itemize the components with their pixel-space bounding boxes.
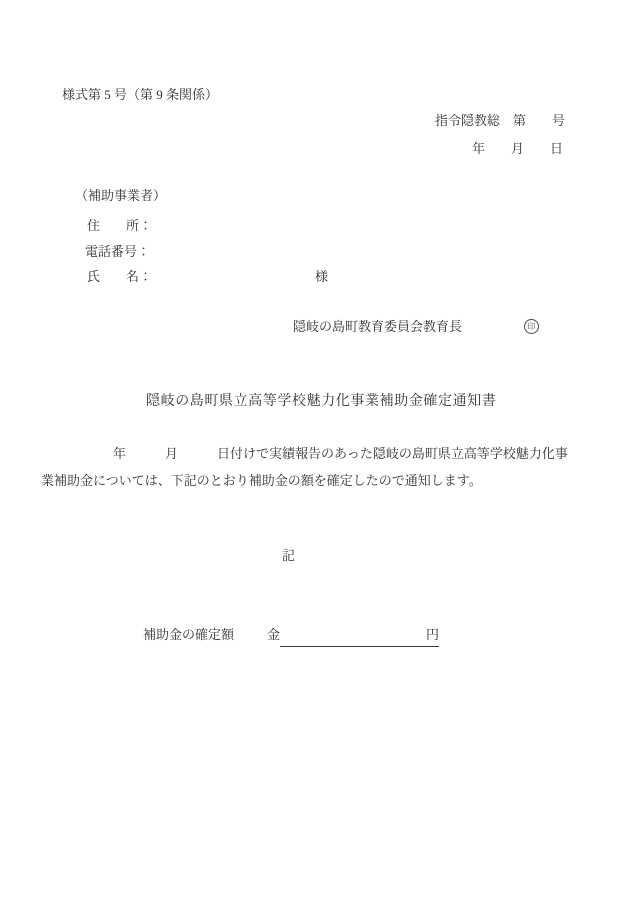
amount-currency-suffix: 円	[426, 627, 439, 642]
amount-underline: 円	[280, 627, 439, 647]
document-title: 隠岐の島町県立高等学校魅力化事業補助金確定通知書	[146, 393, 496, 411]
address-field-label: 住 所：	[87, 218, 152, 234]
addressee-group-label: （補助事業者）	[75, 188, 166, 204]
phone-field-label: 電話番号：	[85, 244, 150, 260]
record-marker: 記	[282, 548, 295, 564]
directive-number: 指令隠教総 第 号	[435, 113, 565, 129]
form-number: 様式第 5 号（第 9 条関係）	[62, 87, 218, 103]
amount-label: 補助金の確定額	[143, 627, 234, 642]
body-paragraph-line-1: 年 月 日付けで実績報告のあった隠岐の島町県立高等学校魅力化事	[41, 440, 568, 467]
document-page: 様式第 5 号（第 9 条関係） 指令隠教総 第 号 年 月 日 （補助事業者）…	[0, 0, 630, 915]
issuer-title: 隠岐の島町教育委員会教育長	[293, 319, 462, 335]
body-paragraph: 年 月 日付けで実績報告のあった隠岐の島町県立高等学校魅力化事 業補助金について…	[41, 440, 568, 494]
body-paragraph-line-2: 業補助金については、下記のとおり補助金の額を確定したので通知します。	[41, 467, 568, 494]
amount-blank-field	[280, 638, 426, 639]
seal-icon: 印	[524, 319, 539, 334]
name-field-label: 氏 名：	[87, 269, 152, 285]
amount-line: 補助金の確定額金円	[143, 627, 439, 647]
issue-date: 年 月 日	[472, 141, 563, 157]
honorific-sama: 様	[315, 269, 328, 285]
amount-currency-prefix: 金	[267, 627, 280, 642]
